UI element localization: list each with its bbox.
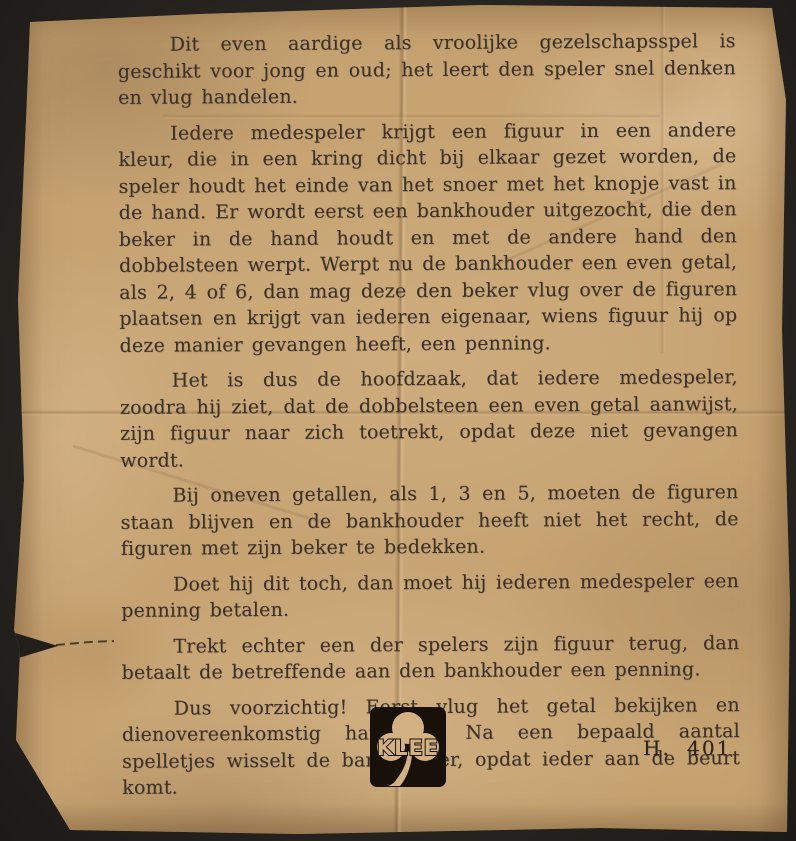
clover-icon: KLEE	[370, 707, 446, 787]
logo-text: KLEE	[377, 736, 439, 760]
paragraph-withdraw: Trekt echter een der spelers zijn figuur…	[121, 630, 739, 687]
paragraph-odd-rule: Bij oneven getallen, als 1, 3 en 5, moet…	[120, 479, 738, 562]
klee-logo: KLEE	[370, 707, 446, 787]
paragraph-penalty: Doet hij dit toch, dan moet hij iederen …	[121, 568, 739, 625]
paragraph-even-rule: Het is dus de hoofdzaak, dat iedere mede…	[120, 364, 739, 474]
paragraph-intro: Dit even aardige als vroolijke gezelscha…	[118, 28, 736, 111]
instruction-text: Dit even aardige als vroolijke gezelscha…	[118, 28, 741, 810]
catalog-number: H. 401	[643, 736, 731, 760]
paragraph-setup: Iedere medespeler krijgt een figuur in e…	[118, 117, 737, 359]
photo-backdrop: Dit even aardige als vroolijke gezelscha…	[0, 0, 796, 841]
paper-leaflet: Dit even aardige als vroolijke gezelscha…	[12, 4, 790, 836]
